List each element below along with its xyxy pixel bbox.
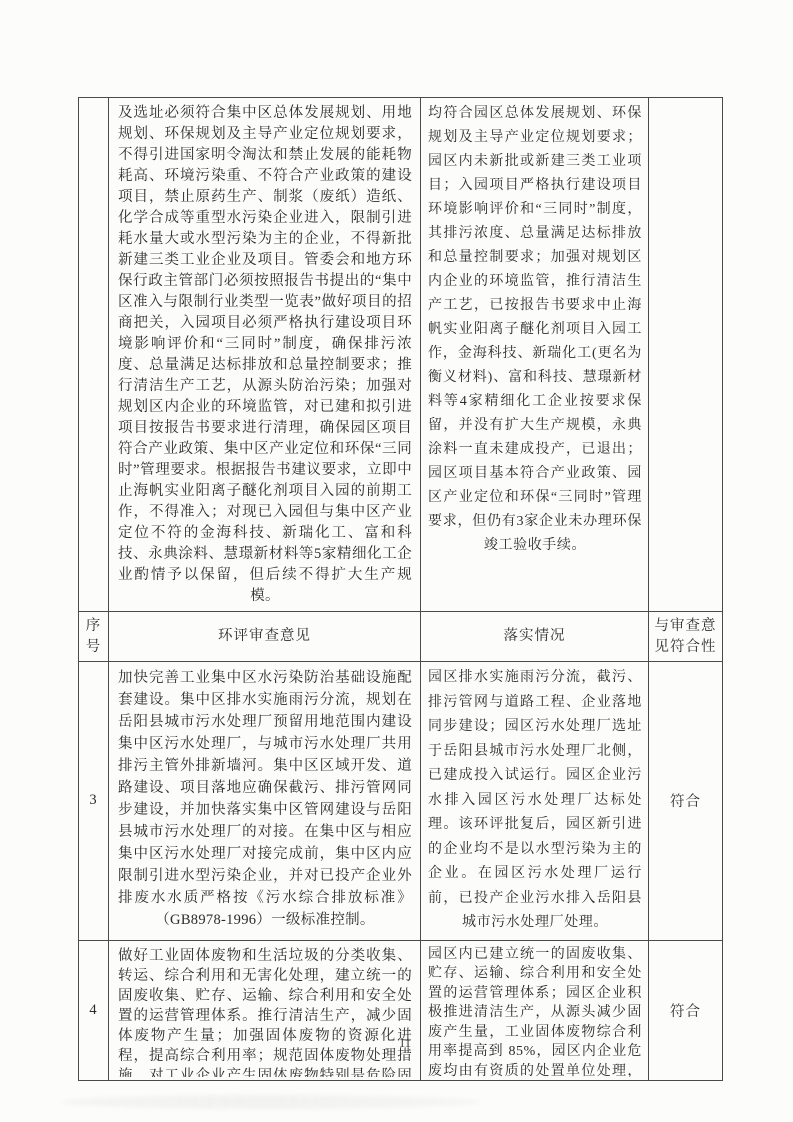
opinion-cell: 做好工业固体废物和生活垃圾的分类收集、转运、综合利用和无害化处理，建立统一的固废… [109,940,421,1080]
table-header-row: 序号 环评审查意见 落实情况 与审查意见符合性 [79,612,723,662]
implementation-cell: 园区内已建立统一的固废收集、贮存、运输、综合利用和安全处置的运营管理体系；园区企… [421,940,649,1080]
header-opinion: 环评审查意见 [109,612,421,662]
header-conformity: 与审查意见符合性 [649,612,723,662]
conformity-value: 符合 [670,1004,701,1020]
header-seq: 序号 [79,612,109,662]
scan-artifact [60,1095,480,1109]
seq-cell: 4 [79,940,109,1080]
implementation-text: 均符合园区总体发展规划、环保规划及主导产业定位规划要求；园区内未新批或新建三类工… [421,98,648,562]
document-page: 及选址必须符合集中区总体发展规划、用地规划、环保规划及主导产业定位规划要求，不得… [0,0,793,1122]
implementation-text: 园区排水实施雨污分流，截污、排污管网与道路工程、企业落地同步建设；园区污水处理厂… [421,662,648,940]
conformity-cell [649,98,723,612]
seq-cell [79,98,109,612]
seq-cell: 3 [79,662,109,941]
opinion-cell: 及选址必须符合集中区总体发展规划、用地规划、环保规划及主导产业定位规划要求，不得… [109,98,421,612]
header-implementation: 落实情况 [421,612,649,662]
implementation-text: 园区内已建立统一的固废收集、贮存、运输、综合利用和安全处置的运营管理体系；园区企… [421,941,648,1077]
table-row: 3 加快完善工业集中区水污染防治基础设施配套建设。集中区排水实施雨污分流，规划在… [79,662,723,941]
opinion-text: 及选址必须符合集中区总体发展规划、用地规划、环保规划及主导产业定位规划要求，不得… [109,98,420,611]
review-table: 及选址必须符合集中区总体发展规划、用地规划、环保规划及主导产业定位规划要求，不得… [78,97,723,1081]
seq-value: 4 [89,1002,97,1018]
opinion-text: 加快完善工业集中区水污染防治基础设施配套建设。集中区排水实施雨污分流，规划在岳阳… [109,662,420,935]
table-row: 4 做好工业固体废物和生活垃圾的分类收集、转运、综合利用和无害化处理，建立统一的… [79,940,723,1080]
implementation-cell: 园区排水实施雨污分流，截污、排污管网与道路工程、企业落地同步建设；园区污水处理厂… [421,662,649,941]
conformity-value: 符合 [670,794,701,810]
seq-value: 3 [89,792,97,808]
opinion-text: 做好工业固体废物和生活垃圾的分类收集、转运、综合利用和无害化处理，建立统一的固废… [109,941,420,1077]
opinion-cell: 加快完善工业集中区水污染防治基础设施配套建设。集中区排水实施雨污分流，规划在岳阳… [109,662,421,941]
conformity-cell: 符合 [649,662,723,941]
conformity-cell: 符合 [649,940,723,1080]
page-number: 11 [0,1036,793,1051]
table-row-continuation: 及选址必须符合集中区总体发展规划、用地规划、环保规划及主导产业定位规划要求，不得… [79,98,723,612]
implementation-cell: 均符合园区总体发展规划、环保规划及主导产业定位规划要求；园区内未新批或新建三类工… [421,98,649,612]
